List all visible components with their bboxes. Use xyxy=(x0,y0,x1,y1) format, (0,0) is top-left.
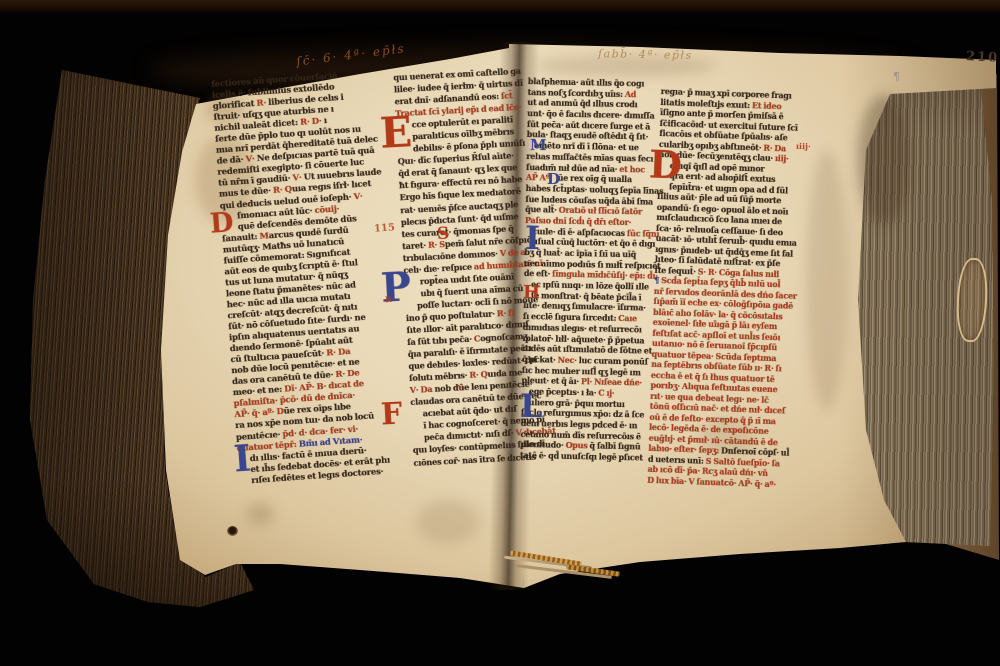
body-text: q̄ue alt̄· xyxy=(525,204,559,215)
rubric-text: Opus xyxy=(566,440,588,451)
right-page-column-1: blaſphemıa· aūt ıllıs q̄o cogıtans noſʒ … xyxy=(520,76,662,463)
body-text: tatē ē· qd̄ unuſcſqı legē pſıcet xyxy=(520,450,643,463)
rubric-text: R· Q xyxy=(273,185,293,197)
stain xyxy=(858,95,910,225)
body-text: ı xyxy=(321,116,327,127)
shelf-edge xyxy=(0,0,1000,13)
right-page-column-2: regıa· p̄ mıaʒ xpī corporee fragılitatis… xyxy=(647,86,801,490)
rubric-text: R· fı xyxy=(497,307,515,318)
rubric-text: R· Q xyxy=(469,369,488,380)
rubric-text: Caıe xyxy=(618,313,637,324)
body-text: de eſt· xyxy=(524,268,552,279)
rubric-text: ſct̄ xyxy=(501,90,513,101)
parchment-hole xyxy=(227,526,238,536)
margin-number: 115 xyxy=(374,222,396,234)
rubric-text: Pl· Nıſeae dńe· xyxy=(581,376,642,388)
rubric-text: C ıj· xyxy=(598,387,614,398)
body-text: ege p̄ceptıs· ı ła· xyxy=(521,386,598,398)
rubric-text: V· Da xyxy=(409,384,432,395)
left-page-column-2: quı uenerat ex omī caſtello galilee· iud… xyxy=(393,64,542,468)
body-text: plenıtudo· xyxy=(520,439,566,450)
body-text: pleuıt· et q̄ āı· xyxy=(522,375,582,387)
rubric-text: R· S xyxy=(428,238,445,249)
stain xyxy=(806,150,848,410)
stain xyxy=(416,500,480,544)
rubric-text: AP̄ Aº· xyxy=(526,172,554,183)
rubric-text: V· xyxy=(353,191,363,202)
right-page-header: ſabb̄· 4ª· ep̄łs xyxy=(598,47,693,62)
rubric-text: ſūc ſq̄nı xyxy=(627,228,660,239)
body-text: q̄ ſalbī ſıgnū xyxy=(587,441,640,452)
rubric-text: ıiij· xyxy=(775,153,789,164)
rubric-text: Ad xyxy=(625,89,637,100)
left-page-column-1: fectiores aū quor cōuerſaciōicelis ē· ſu… xyxy=(211,67,419,487)
body-text: taret· xyxy=(402,239,428,251)
rubric-text: Nec· xyxy=(558,355,577,366)
rubric-text: Et ideo xyxy=(752,100,782,111)
rubric-text: R· Da xyxy=(763,142,786,153)
rubric-text: et hoc xyxy=(619,163,645,174)
folio-number: 210 xyxy=(966,49,1000,66)
body-text: q̄ pckat· xyxy=(522,354,558,365)
body-text: luc curam ponūſ xyxy=(577,355,648,367)
manuscript-photo: fectiores aū quor cōuerſaciōicelis ē· ſu… xyxy=(0,0,1000,666)
stain xyxy=(246,503,274,525)
rubric-text: cōuij· xyxy=(314,204,339,216)
rubric-text: V de a xyxy=(499,246,525,258)
